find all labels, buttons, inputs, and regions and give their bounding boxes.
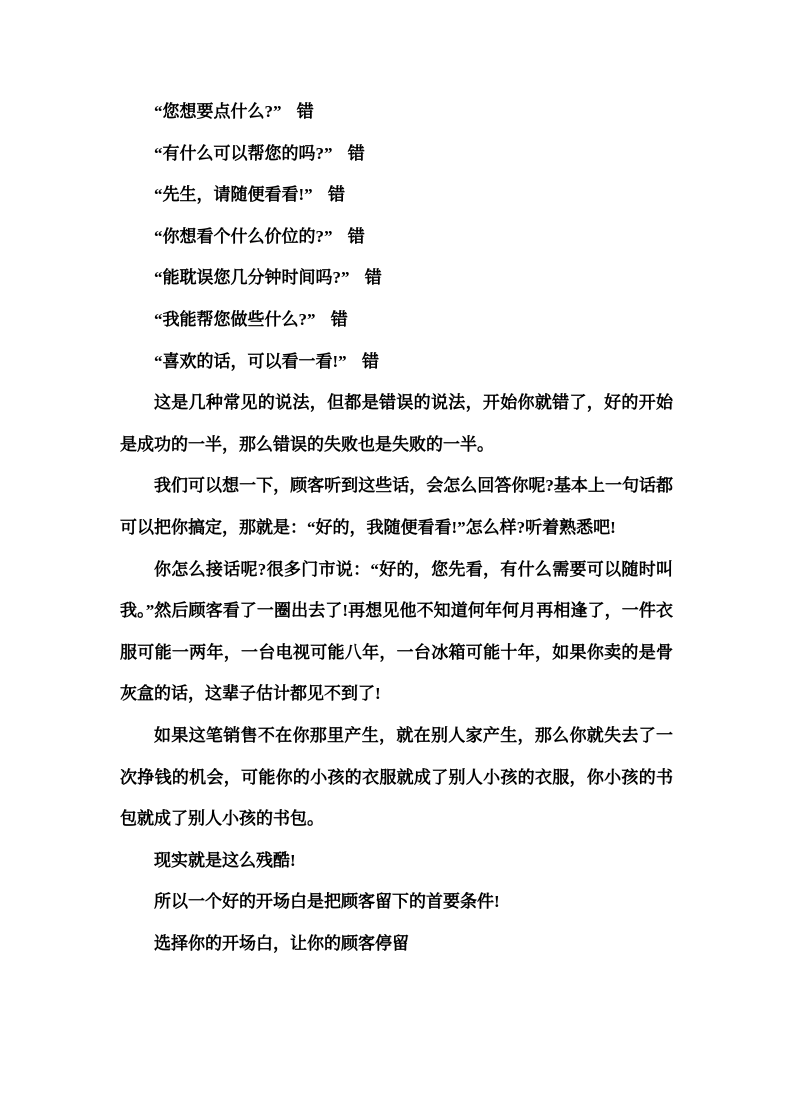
opening-quote-text: “喜欢的话，可以看一看!” bbox=[154, 352, 347, 371]
verdict-label: 错 bbox=[348, 144, 365, 163]
paragraph: 所以一个好的开场白是把顾客留下的首要条件! bbox=[120, 881, 673, 923]
verdict-label: 错 bbox=[348, 227, 365, 246]
paragraph: 选择你的开场白，让你的顾客停留 bbox=[120, 923, 673, 965]
opening-quote-text: “有什么可以帮您的吗?” bbox=[154, 144, 333, 163]
opening-quote-text: “您想要点什么?” bbox=[154, 102, 282, 121]
opening-line: “先生，请随便看看!”错 bbox=[120, 174, 673, 216]
opening-line: “喜欢的话，可以看一看!”错 bbox=[120, 341, 673, 383]
opening-line: “有什么可以帮您的吗?”错 bbox=[120, 133, 673, 175]
opening-quote-text: “我能帮您做些什么?” bbox=[154, 310, 316, 329]
document-content: “您想要点什么?”错 “有什么可以帮您的吗?”错 “先生，请随便看看!”错 “你… bbox=[120, 91, 673, 964]
opening-quote-text: “能耽误您几分钟时间吗?” bbox=[154, 268, 350, 287]
opening-line: “你想看个什么价位的?”错 bbox=[120, 216, 673, 258]
opening-quote-text: “你想看个什么价位的?” bbox=[154, 227, 333, 246]
opening-quote-text: “先生，请随便看看!” bbox=[154, 185, 313, 204]
paragraph: 现实就是这么残酷! bbox=[120, 840, 673, 882]
opening-line: “您想要点什么?”错 bbox=[120, 91, 673, 133]
verdict-label: 错 bbox=[365, 268, 382, 287]
paragraph: 这是几种常见的说法，但都是错误的说法，开始你就错了，好的开始是成功的一半，那么错… bbox=[120, 382, 673, 465]
verdict-label: 错 bbox=[297, 102, 314, 121]
paragraph: 我们可以想一下，顾客听到这些话，会怎么回答你呢?基本上一句话都可以把你搞定，那就… bbox=[120, 465, 673, 548]
verdict-label: 错 bbox=[328, 185, 345, 204]
paragraph: 如果这笔销售不在你那里产生，就在别人家产生，那么你就失去了一次挣钱的机会，可能你… bbox=[120, 715, 673, 840]
document-page: “您想要点什么?”错 “有什么可以帮您的吗?”错 “先生，请随便看看!”错 “你… bbox=[0, 0, 792, 1120]
verdict-label: 错 bbox=[331, 310, 348, 329]
opening-line: “能耽误您几分钟时间吗?”错 bbox=[120, 257, 673, 299]
verdict-label: 错 bbox=[362, 352, 379, 371]
paragraph: 你怎么接话呢?很多门市说：“好的，您先看，有什么需要可以随时叫我。”然后顾客看了… bbox=[120, 549, 673, 715]
opening-line: “我能帮您做些什么?”错 bbox=[120, 299, 673, 341]
